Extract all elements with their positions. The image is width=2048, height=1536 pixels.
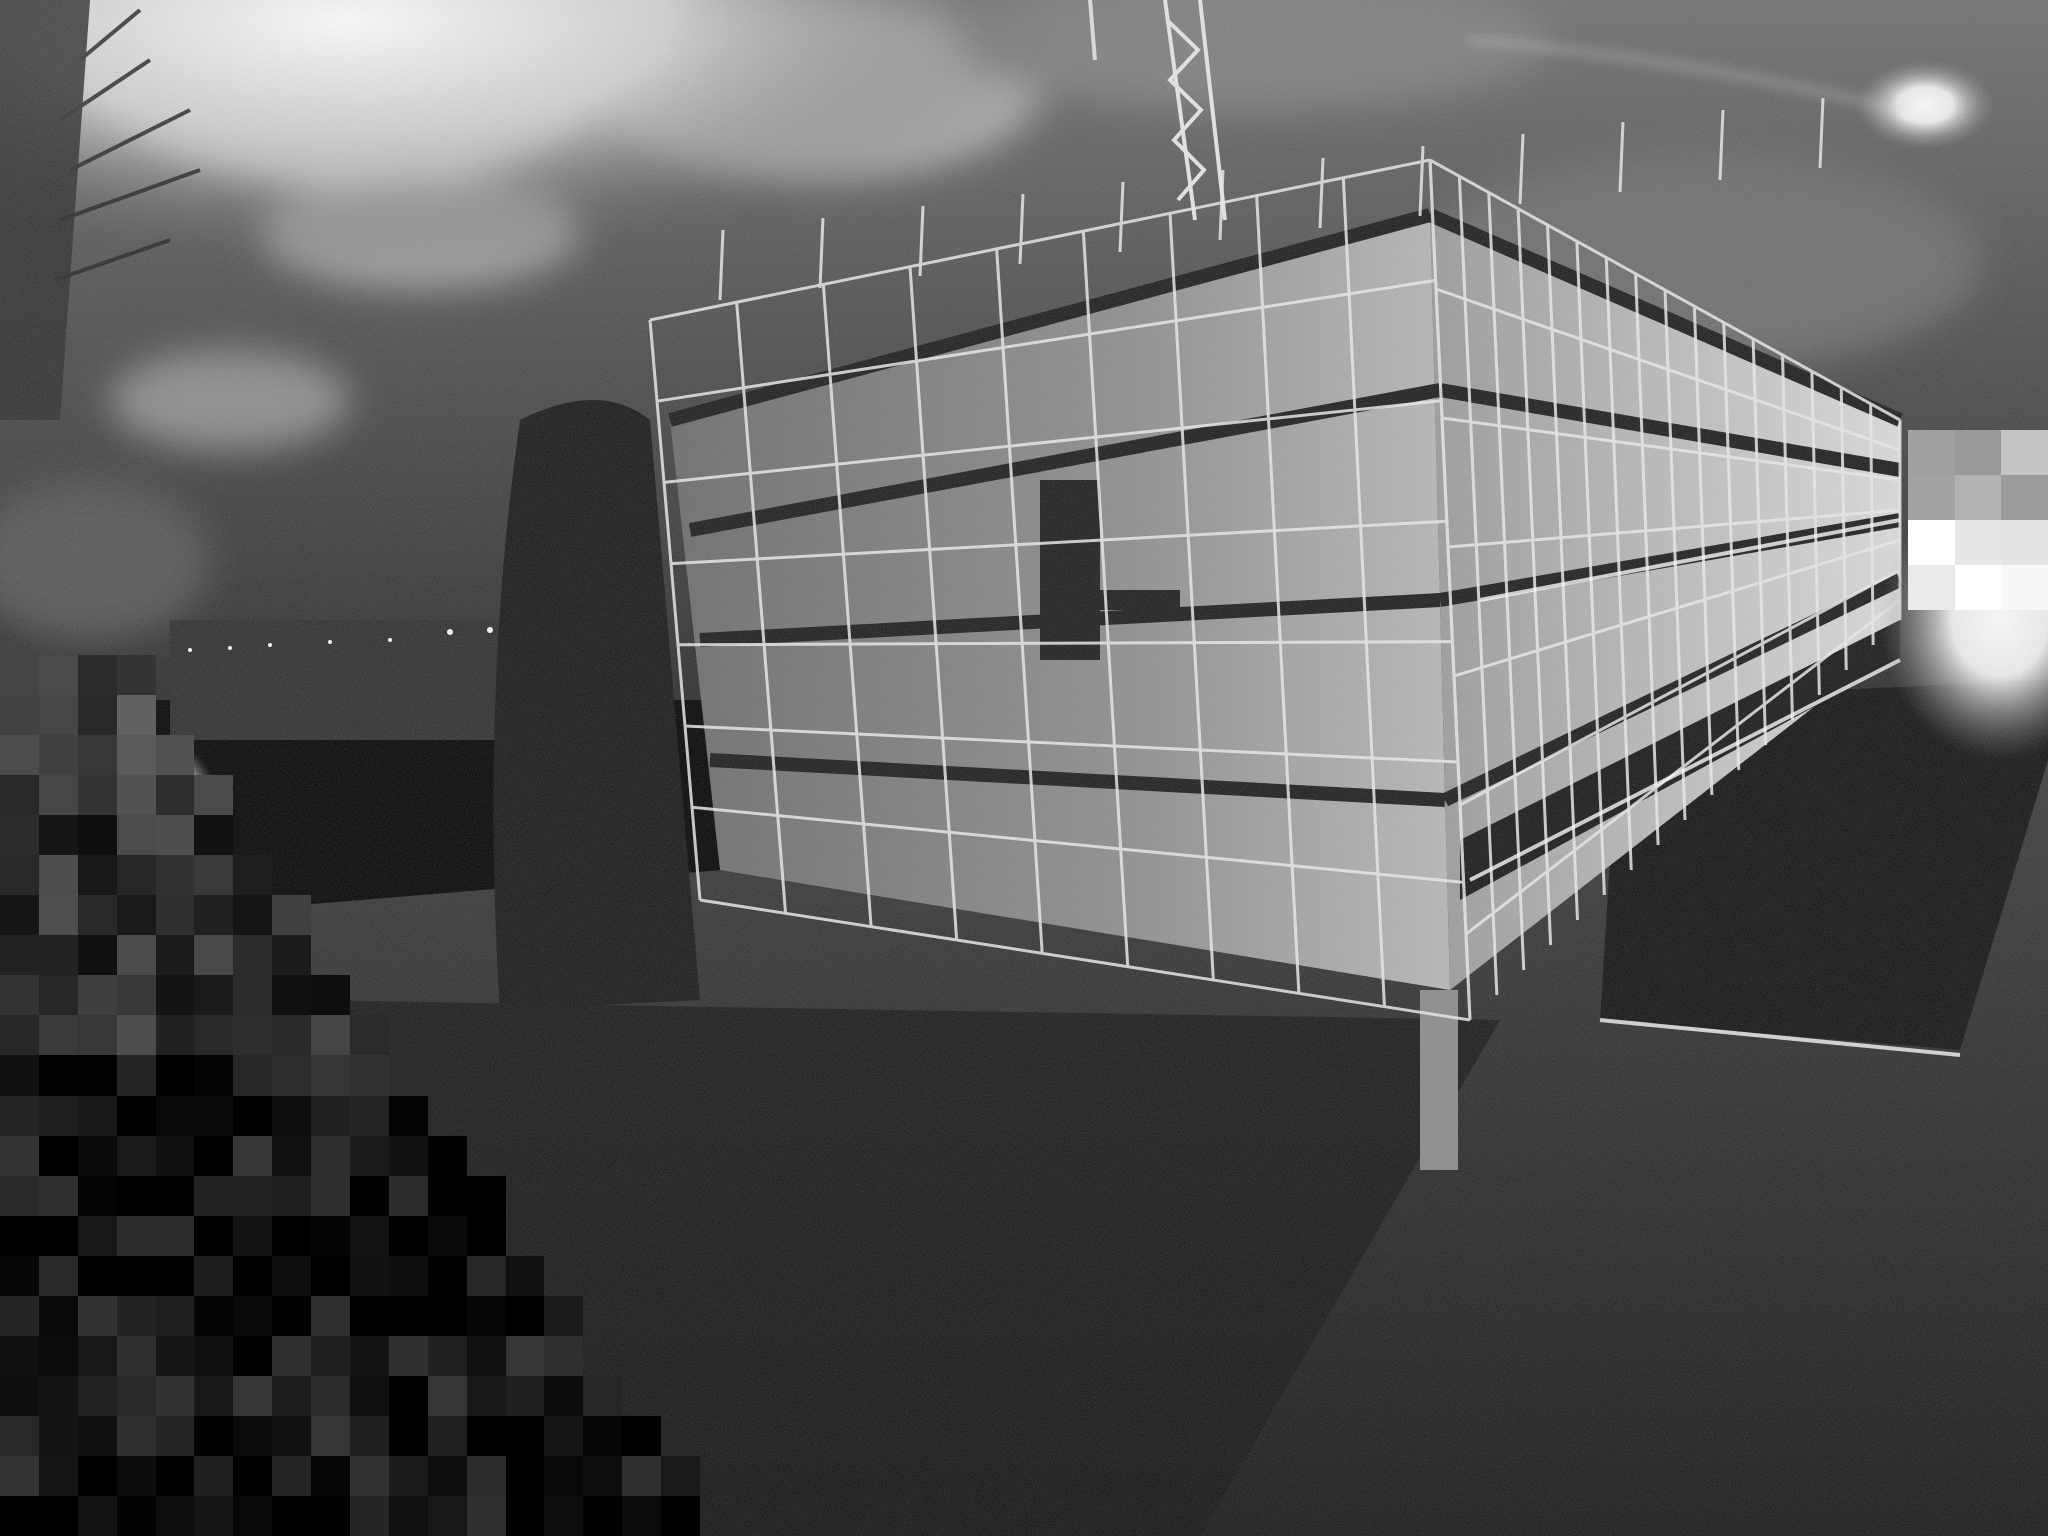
pixelated-person-left [0,655,700,1536]
night-vision-photo [0,0,2048,1536]
pixelated-region-right-edge [1908,430,2048,610]
